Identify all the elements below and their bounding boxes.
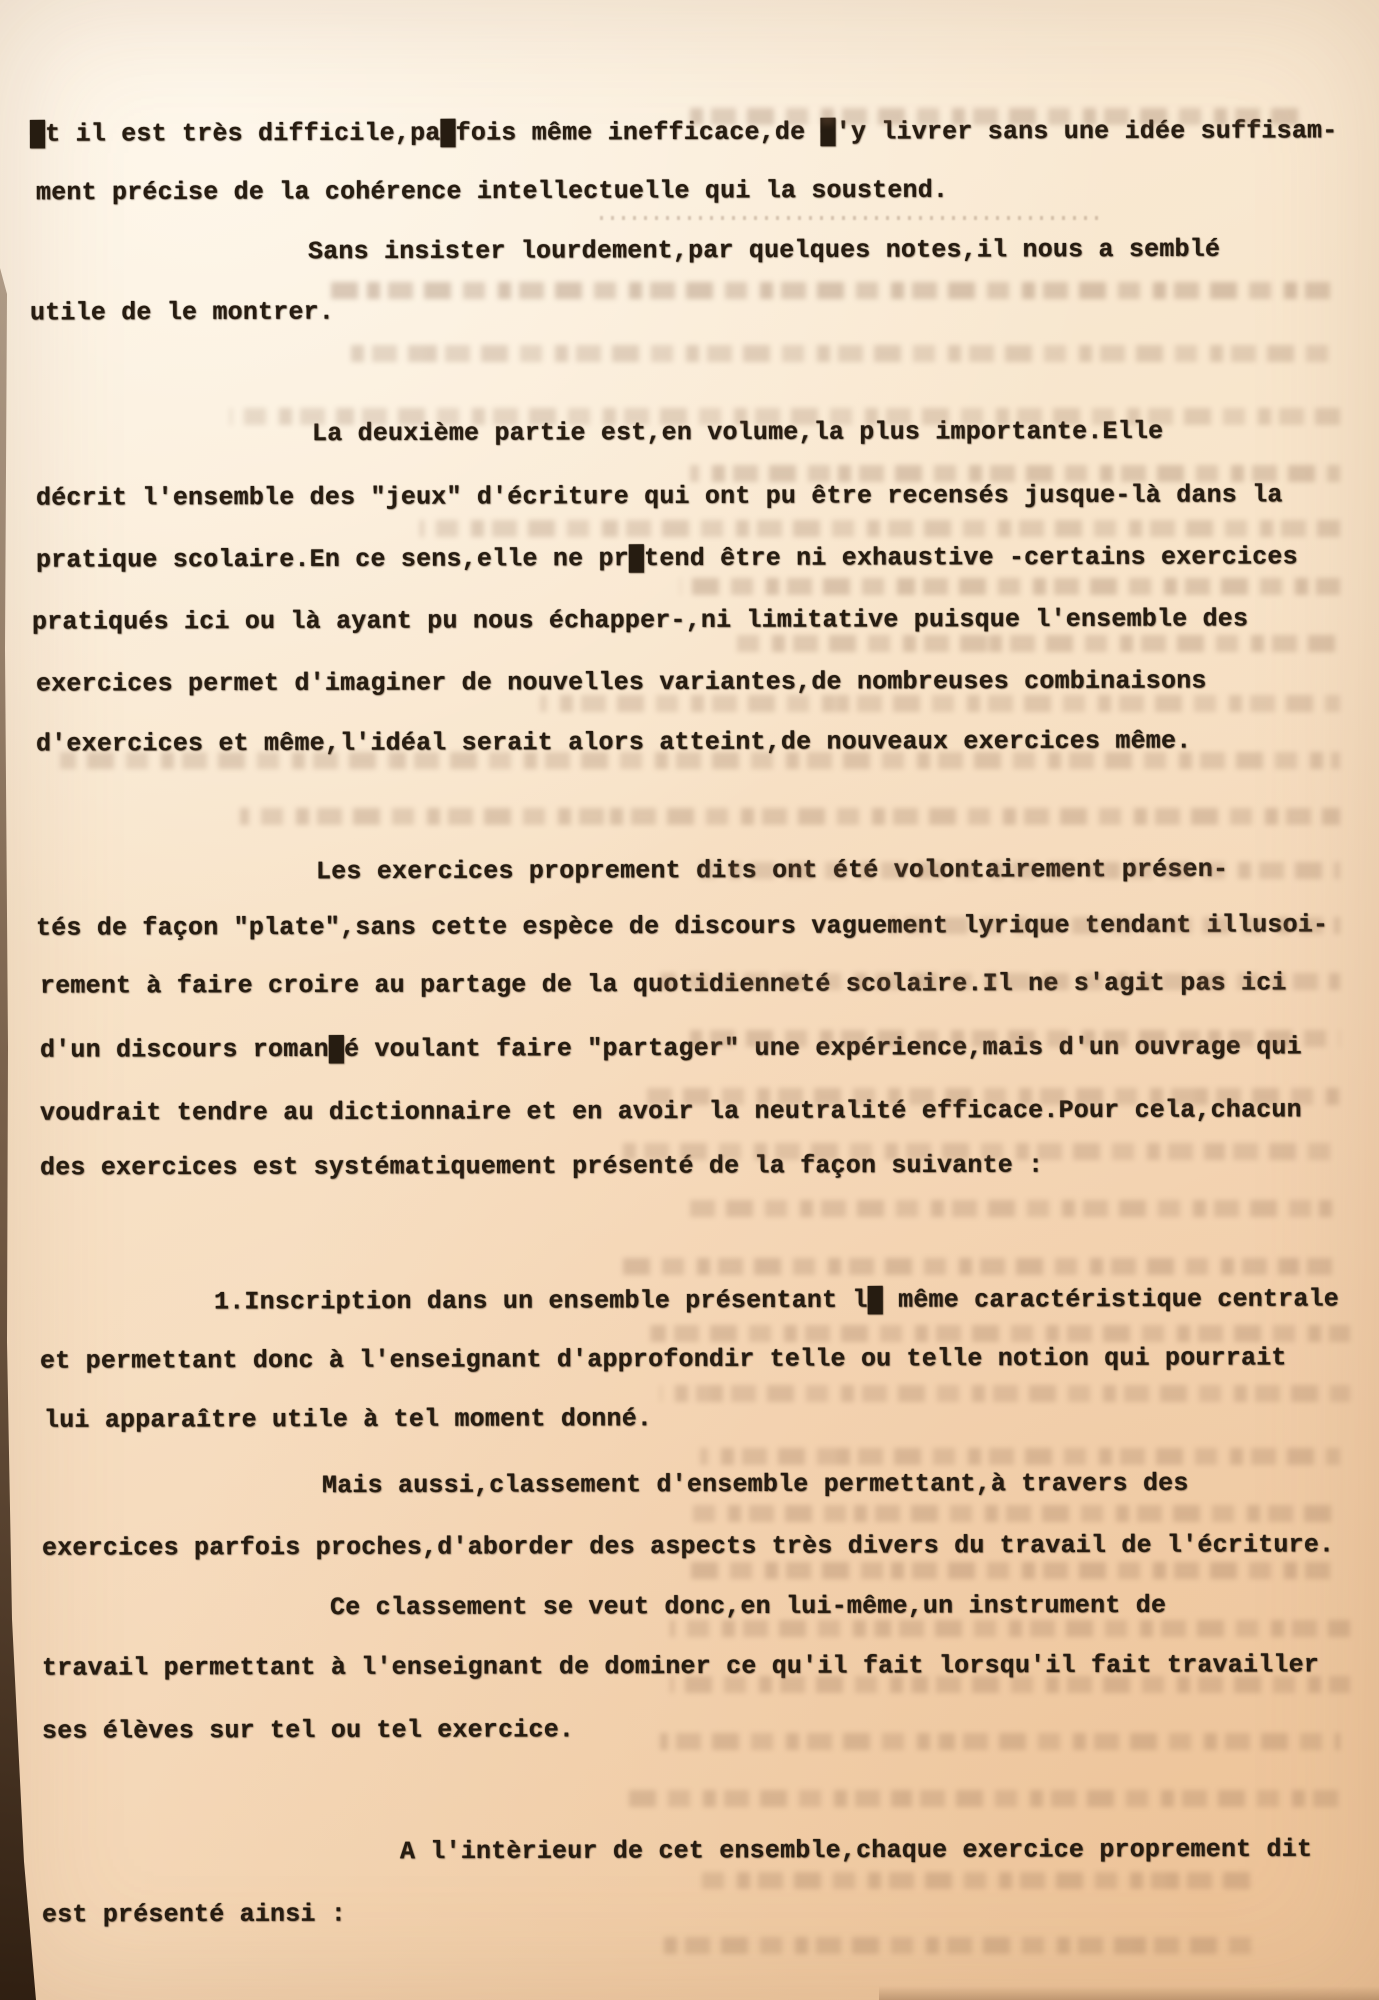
bleed-through-text (700, 862, 1340, 879)
bleed-through-text (640, 1088, 1340, 1105)
bleed-through-text (670, 1676, 1350, 1693)
bleed-through-text (660, 973, 1340, 990)
typed-line: Ce classement se veut donc,en lui-même,u… (330, 1591, 1166, 1623)
bleed-through-text (620, 1790, 1340, 1807)
typed-line: Mais aussi,classement d'ensemble permett… (322, 1469, 1189, 1501)
bleed-through-text (420, 520, 1340, 537)
bleed-through-text (690, 108, 1310, 125)
bleed-through-text (240, 808, 1340, 825)
bleed-through-text (230, 408, 1340, 425)
bleed-through-dots (600, 216, 1100, 220)
typed-line: lui apparaître utile à tel moment donné. (44, 1404, 652, 1436)
bleed-through-text (690, 1200, 1340, 1217)
bleed-through-text (540, 695, 1340, 712)
typed-line: 1.Inscription dans un ensemble présentan… (214, 1285, 1339, 1318)
bleed-through-text (890, 917, 1340, 934)
typed-line: Sans insister lourdement,par quelques no… (308, 235, 1220, 267)
bleed-through-text (680, 578, 1340, 595)
typed-line: décrit l'ensemble des "jeux" d'écriture … (36, 480, 1283, 513)
bleed-through-text (730, 635, 1340, 652)
typed-line: est présenté ainsi : (42, 1900, 346, 1931)
typed-line: pratique scolaire.En ce sens,elle ne pr█… (36, 542, 1298, 575)
typed-line: ment précise de la cohérence intellectue… (36, 176, 948, 208)
bleed-through-text (660, 1385, 1350, 1402)
bleed-through-text (690, 1562, 1340, 1579)
page-edge-shadow (0, 268, 36, 2000)
typed-line: ses élèves sur tel ou tel exercice. (42, 1715, 574, 1746)
bleed-through-text (690, 1872, 1250, 1889)
typed-line: utile de le montrer. (30, 298, 334, 329)
bleed-through-text (350, 345, 1340, 362)
page-bottom-shadow (879, 1986, 1379, 2000)
typed-line: A l'intèrieur de cet ensemble,chaque exe… (400, 1835, 1312, 1867)
scanned-document-page: █t il est très difficile,pa█fois même in… (0, 0, 1379, 2000)
typed-line: exercices parfois proches,d'aborder des … (42, 1530, 1334, 1563)
bleed-through-text (60, 752, 1340, 769)
bleed-through-text (650, 1325, 1350, 1342)
bleed-through-text (690, 1505, 1340, 1522)
bleed-through-text (690, 465, 1340, 482)
bleed-through-text (620, 1143, 1340, 1160)
bleed-through-text (660, 1733, 1340, 1750)
typed-line: pratiqués ici ou là ayant pu nous échapp… (32, 604, 1248, 637)
bleed-through-text (700, 1448, 1340, 1465)
typed-line: et permettant donc à l'enseignant d'appr… (40, 1343, 1287, 1376)
bleed-through-text (690, 1030, 1340, 1047)
bleed-through-text (660, 1937, 1260, 1954)
bleed-through-text (670, 1620, 1350, 1637)
bleed-through-text (620, 1258, 1340, 1275)
bleed-through-text (330, 282, 1340, 299)
